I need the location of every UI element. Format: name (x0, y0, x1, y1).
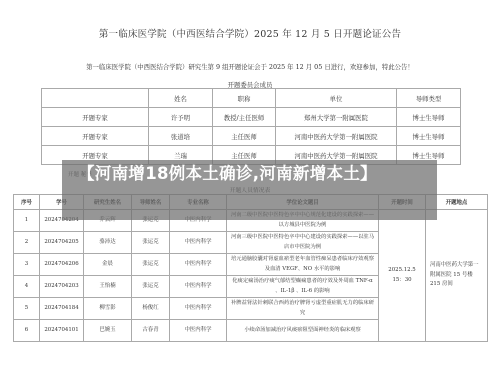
student-name-cell: 柳雪影 (84, 298, 132, 320)
committee-row: 开题专家 许予明 教授/主任医师 郑州大学第一附属医院 博士生导师 (42, 108, 461, 127)
unit-cell: 郑州大学第一附属医院 (276, 108, 397, 127)
committee-header-cell (42, 89, 149, 108)
major-cell: 中医内科学 (170, 232, 227, 254)
committee-table: 姓名 职称 单位 导师类型 开题专家 许予明 教授/主任医师 郑州大学第一附属医… (41, 88, 461, 165)
supervisor-cell: 张运克 (132, 254, 170, 276)
student-name-cell: 王怡楠 (84, 276, 132, 298)
thesis-topic-cell: 小续命汤加减治疗风痰瘀阻型面神经炎的临床观察 (227, 320, 379, 342)
supervisor-type-cell: 博士生导师 (397, 108, 461, 127)
title-cell: 教授/主任医师 (213, 108, 276, 127)
headline-text: 【河南增18例本土确诊,河南新增本土】 (78, 163, 428, 184)
defense-location-cell: 河南中医药大学第一附属医院 15 号楼 215 房间 (426, 210, 488, 342)
thesis-topic-cell: 补脾益肾法针刺联合西药治疗脾肾亏虚型重症肌无力的临床研究 (227, 298, 379, 320)
thesis-topic-cell: 河南三级中医院中医特色卒中中心建设的实践探索——以驻马店市中医院为例 (227, 232, 379, 254)
unit-cell: 河南中医药大学第一附属医院 (276, 127, 397, 146)
supervisor-cell: 张运克 (132, 232, 170, 254)
student-name-cell: 巴婉玉 (84, 320, 132, 342)
supervisor-cell: 古春青 (132, 320, 170, 342)
page-title: 第一临床医学院（中西医结合学院）2025 年 12 月 5 日开题论证公告 (0, 26, 500, 40)
supervisor-cell: 杨俊红 (132, 298, 170, 320)
header-cell: 序号 (14, 195, 40, 210)
student-id-cell: 2024704206 (40, 254, 84, 276)
committee-header-cell: 导师类型 (397, 89, 461, 108)
document-page: 第一临床医学院（中西医结合学院）2025 年 12 月 5 日开题论证公告 第一… (0, 0, 500, 381)
index-cell: 5 (14, 298, 40, 320)
thesis-topic-cell: 培元通脑胶囊对肾虚血瘀型老年血管性痴呆患者临床疗效观察及血清 VEGF、NO 水… (227, 254, 379, 276)
defense-time-cell: 2025.12.5 15：30 (379, 210, 426, 342)
thesis-topic-cell: 化痰定痫汤治疗痰气郁结型癫痫患者的疗效及外周血 TNF-α 、IL-1β 、IL… (227, 276, 379, 298)
committee-header-cell: 单位 (276, 89, 397, 108)
name-cell: 许予明 (149, 108, 213, 127)
major-cell: 中医内科学 (170, 320, 227, 342)
student-id-cell: 2024704184 (40, 298, 84, 320)
role-cell: 开题专家 (42, 127, 149, 146)
committee-row: 开题专家 张道培 主任医师 河南中医药大学第一附属医院 博士生导师 (42, 127, 461, 146)
committee-header-row: 姓名 职称 单位 导师类型 (42, 89, 461, 108)
committee-header-cell: 姓名 (149, 89, 213, 108)
student-id-cell: 2024704101 (40, 320, 84, 342)
committee-header-cell: 职称 (213, 89, 276, 108)
student-id-cell: 2024704205 (40, 232, 84, 254)
name-cell: 张道培 (149, 127, 213, 146)
index-cell: 6 (14, 320, 40, 342)
student-id-cell: 2024704203 (40, 276, 84, 298)
student-name-cell: 金晨 (84, 254, 132, 276)
index-cell: 1 (14, 210, 40, 232)
index-cell: 3 (14, 254, 40, 276)
major-cell: 中医内科学 (170, 254, 227, 276)
supervisor-type-cell: 博士生导师 (397, 127, 461, 146)
title-cell: 主任医师 (213, 127, 276, 146)
student-name-cell: 骆沛达 (84, 232, 132, 254)
major-cell: 中医内科学 (170, 298, 227, 320)
index-cell: 4 (14, 276, 40, 298)
major-cell: 中医内科学 (170, 276, 227, 298)
role-cell: 开题专家 (42, 108, 149, 127)
index-cell: 2 (14, 232, 40, 254)
supervisor-cell: 张运克 (132, 276, 170, 298)
announcement-text: 第一临床医学院（中西医结合学院）研究生第 9 组开题论证会于 2025 年 12… (0, 62, 500, 71)
